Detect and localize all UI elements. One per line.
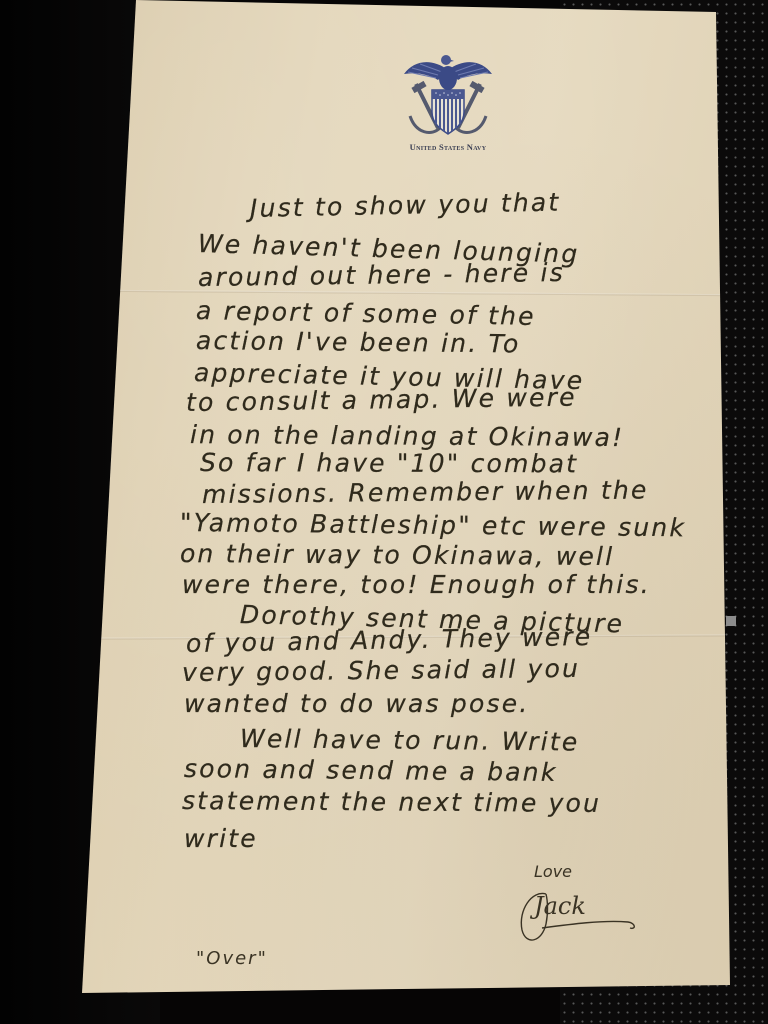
letter-line: around out here - here is <box>198 258 565 292</box>
letter-line: So far I have "10" combat <box>200 448 578 478</box>
over-note: "Over" <box>196 948 268 969</box>
letter-line: action I've been in. To <box>196 326 521 358</box>
closing: Love <box>534 862 572 881</box>
letter-line: to consult a map. We were <box>186 383 577 417</box>
letter-line: on their way to Okinawa, well <box>180 539 614 571</box>
letter-line: soon and send me a bank <box>184 754 558 787</box>
letter-line: Just to show you that <box>250 188 561 223</box>
letter-line: statement the next time you <box>182 786 601 818</box>
letter-line: were there, too! Enough of this. <box>182 570 651 599</box>
letter-line: Well have to run. Write <box>240 724 580 757</box>
letter-line: wanted to do was pose. <box>184 689 529 718</box>
letter-line: very good. She said all you <box>182 654 580 687</box>
cooktop-marker <box>726 616 736 626</box>
signature: Jack <box>512 880 642 955</box>
letter-line: of you and Andy. They were <box>186 622 593 658</box>
letter-line: "Yamoto Battleship" etc were sunk <box>180 508 686 542</box>
letter-line: write <box>184 824 258 853</box>
signature-name: Jack <box>534 892 586 920</box>
letter-line: missions. Remember when the <box>202 475 649 509</box>
photo-scene: United States Navy Just to show you that… <box>0 0 768 1024</box>
